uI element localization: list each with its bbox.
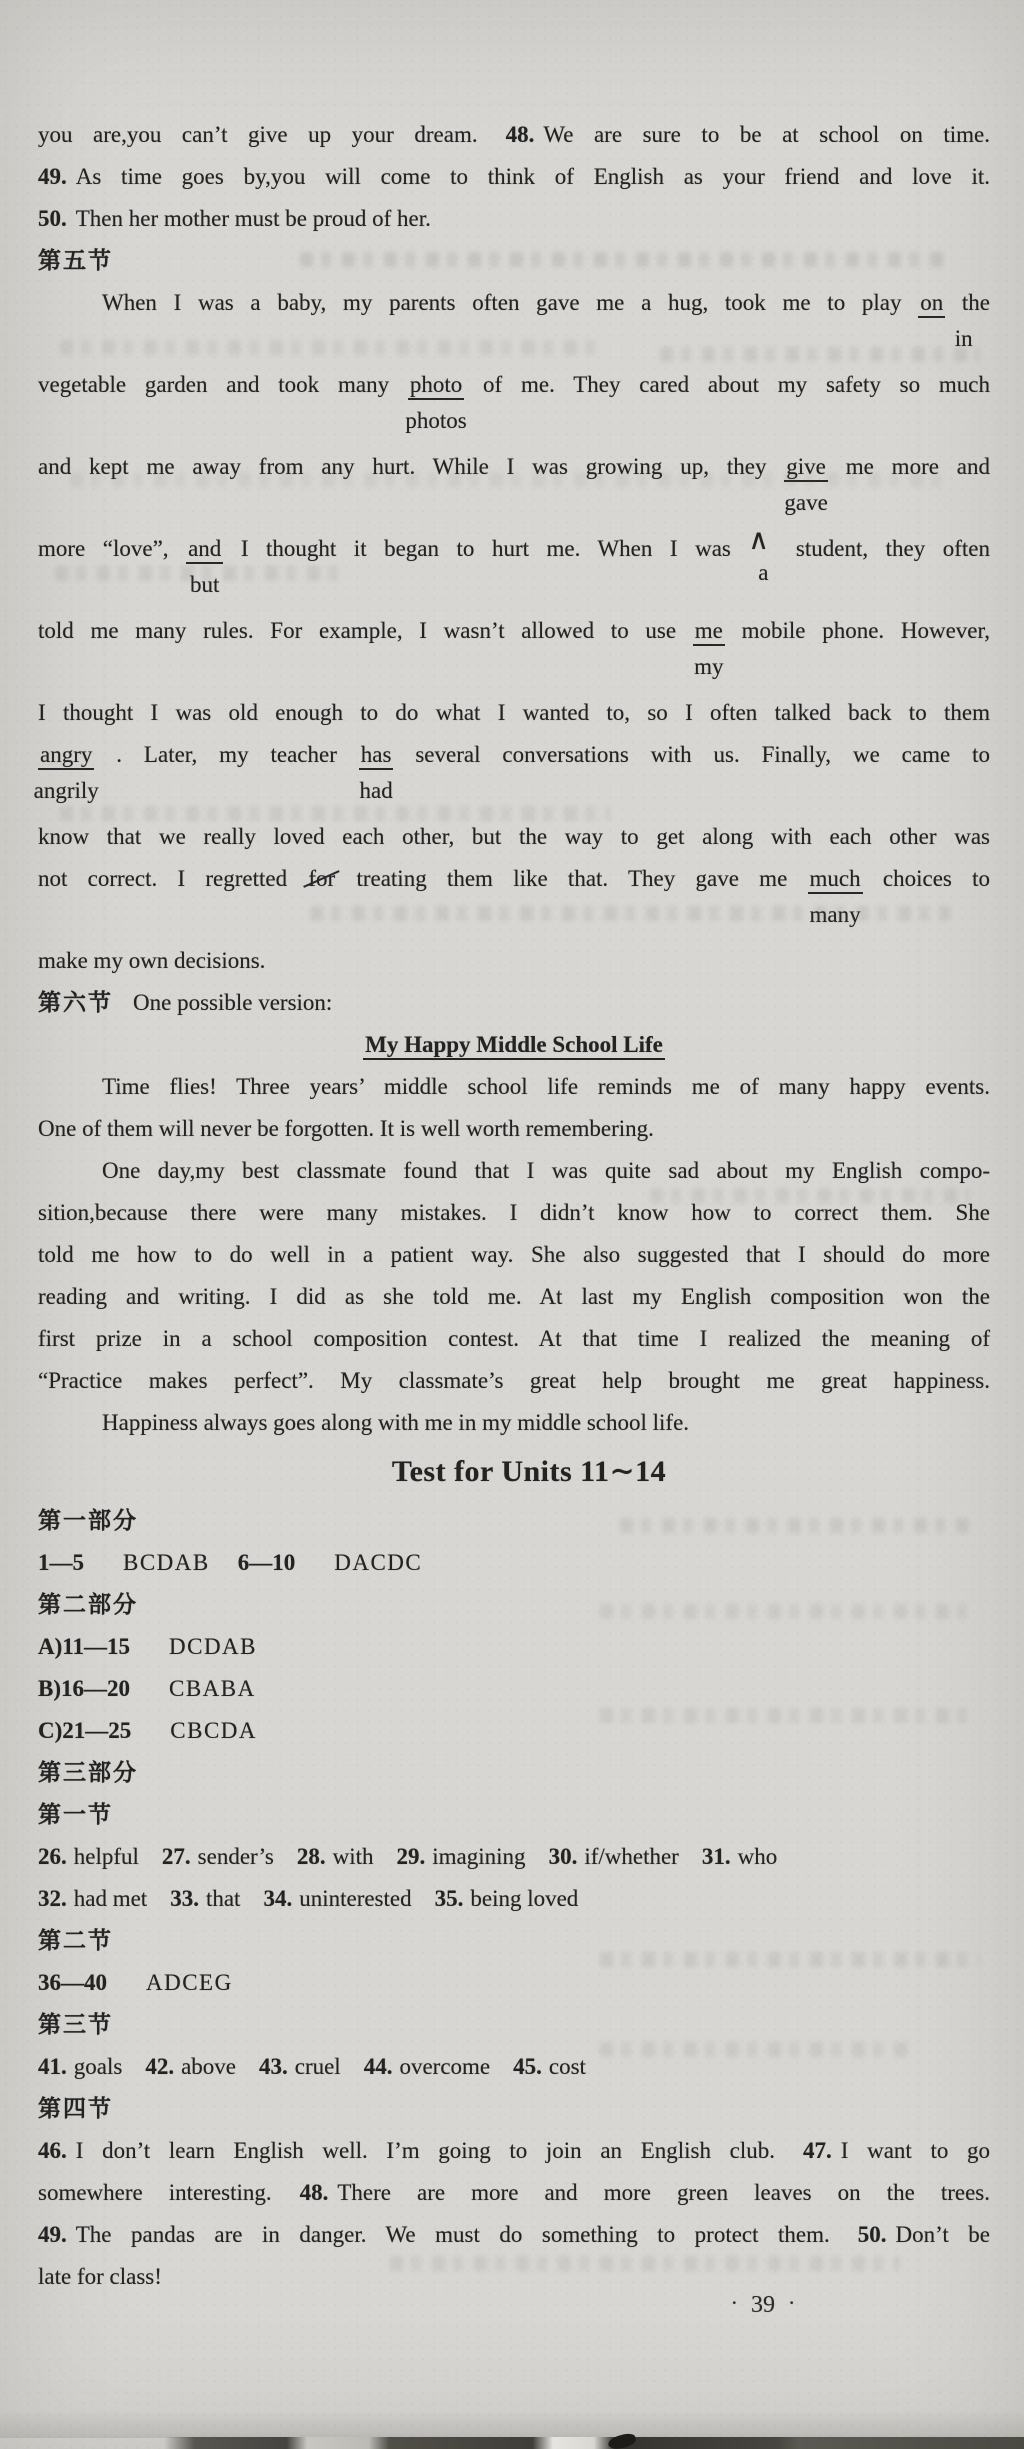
question-number: 46. xyxy=(38,2138,67,2163)
deleted-word: for xyxy=(307,866,336,891)
scanned-answer-page: you are,you can’t give up your dream.48.… xyxy=(0,0,1024,2449)
page-number-dot: · xyxy=(731,2290,738,2315)
passage-text: make my own decisions. xyxy=(38,948,265,973)
passage-text: I thought I was old enough to do what I … xyxy=(38,700,990,725)
answer-text: There are more and more green leaves on … xyxy=(337,2180,990,2205)
answer-text: sender’s xyxy=(198,1844,274,1869)
part-heading: 第三部分 xyxy=(38,1752,990,1794)
bleed-through-smudge xyxy=(620,1518,970,1533)
answer-letters: CBABA xyxy=(169,1676,256,1701)
page-bottom-edge xyxy=(0,2437,1024,2449)
passage-text: vegetable garden and took many xyxy=(38,372,408,397)
answer-row: 26.helpful27.sender’s28.with29.imagining… xyxy=(38,1836,990,1878)
answer-row: A)11—15DCDAB xyxy=(38,1626,990,1668)
continued-answer-line: 49.As time goes by,you will come to thin… xyxy=(38,156,990,198)
answer-text: helpful xyxy=(74,1844,139,1869)
question-number: 43. xyxy=(259,2054,288,2079)
page-number-dot: · xyxy=(788,2290,795,2315)
essay-line: Time flies! Three years’ middle school l… xyxy=(38,1066,990,1108)
answer-text: The pandas are in danger. We must do som… xyxy=(76,2222,830,2247)
answer-text: if/whether xyxy=(584,1844,679,1869)
question-range: C)21—25 xyxy=(38,1718,131,1743)
question-number: 49. xyxy=(38,2222,67,2247)
answer-item: 35.being loved xyxy=(435,1886,579,1911)
insertion-mark: ∧a xyxy=(748,528,778,570)
answer-item: 43.cruel xyxy=(259,2054,341,2079)
section-heading: 第四节 xyxy=(38,2088,990,2130)
bleed-through-smudge xyxy=(70,472,950,487)
correction-word: had xyxy=(359,779,392,802)
page-number-value: 39 xyxy=(751,2292,775,2318)
answer-item: 28.with xyxy=(297,1844,374,1869)
question-number: 41. xyxy=(38,2054,67,2079)
answer-text: goals xyxy=(74,2054,123,2079)
answer-item: 30.if/whether xyxy=(549,1844,679,1869)
answer-row: 32.had met33.that34.uninterested35.being… xyxy=(38,1878,990,1920)
answer-text: Then her mother must be proud of her. xyxy=(76,206,431,231)
essay-line: One day,my best classmate found that I w… xyxy=(38,1150,990,1192)
answer-text: somewhere interesting. xyxy=(38,2180,272,2205)
essay-text: One day,my best classmate found that I w… xyxy=(102,1158,990,1183)
answer-letters: DACDC xyxy=(334,1550,422,1575)
correction-line: When I was a baby, my parents often gave… xyxy=(38,282,990,324)
section-heading: 第六节 xyxy=(38,990,113,1015)
answer-text: you are,you can’t give up your dream. xyxy=(38,122,478,147)
question-number: 47. xyxy=(803,2138,832,2163)
section-note: One possible version: xyxy=(133,990,332,1015)
question-range: 6—10 xyxy=(238,1550,296,1575)
correction-word: gave xyxy=(784,491,827,514)
answer-letters: CBCDA xyxy=(170,1718,257,1743)
correction: muchmany xyxy=(808,866,863,891)
question-number: 34. xyxy=(263,1886,292,1911)
page-number: ·39· xyxy=(688,2292,838,2319)
bleed-through-smudge xyxy=(650,1188,970,1203)
correction-line: told me many rules. For example, I wasn’… xyxy=(38,610,990,652)
answer-text: Don’t be xyxy=(896,2222,990,2247)
answer-item: 29.imagining xyxy=(397,1844,526,1869)
bleed-through-smudge xyxy=(60,340,600,355)
answer-sentence-line: 46.I don’t learn English well. I’m going… xyxy=(38,2130,990,2172)
bleed-through-smudge xyxy=(55,566,345,581)
page-bottom-shadow xyxy=(0,2410,1024,2438)
answer-row: 36—40ADCEG xyxy=(38,1962,990,2004)
question-number: 42. xyxy=(145,2054,174,2079)
answer-text: As time goes by,you will come to think o… xyxy=(76,164,990,189)
question-number: 32. xyxy=(38,1886,67,1911)
answer-item: 27.sender’s xyxy=(162,1844,274,1869)
question-number: 30. xyxy=(549,1844,578,1869)
passage-text: choices to xyxy=(863,866,990,891)
question-number: 28. xyxy=(297,1844,326,1869)
answer-row: B)16—20CBABA xyxy=(38,1668,990,1710)
answer-text: overcome xyxy=(399,2054,490,2079)
essay-text: Time flies! Three years’ middle school l… xyxy=(102,1074,990,1099)
passage-text: treating them like that. They gave me xyxy=(336,866,807,891)
answer-sentence-line: 49.The pandas are in danger. We must do … xyxy=(38,2214,990,2256)
essay-title-row: My Happy Middle School Life xyxy=(38,1024,990,1066)
essay-text: “Practice makes perfect”. My classmate’s… xyxy=(38,1368,990,1393)
continued-answer-line: you are,you can’t give up your dream.48.… xyxy=(38,114,990,156)
essay-text: reading and writing. I did as she told m… xyxy=(38,1284,990,1309)
answer-text: late for class! xyxy=(38,2264,162,2289)
wrong-word: and xyxy=(186,536,223,564)
answer-text: who xyxy=(738,1844,778,1869)
wrong-word: has xyxy=(359,742,394,770)
answer-text: cruel xyxy=(295,2054,341,2079)
bleed-through-smudge xyxy=(600,1708,970,1723)
wrong-word: much xyxy=(808,866,863,894)
answer-item: 31.who xyxy=(702,1844,777,1869)
passage-text: When I was a baby, my parents often gave… xyxy=(102,290,918,315)
answer-letters: DCDAB xyxy=(169,1634,257,1659)
question-number: 50. xyxy=(858,2222,887,2247)
question-number: 29. xyxy=(397,1844,426,1869)
passage-text: . Later, my teacher xyxy=(94,742,358,767)
bleed-through-smudge xyxy=(600,2042,910,2057)
passage-text: mobile phone. However, xyxy=(725,618,990,643)
essay-text: first prize in a school composition cont… xyxy=(38,1326,990,1351)
question-number: 33. xyxy=(170,1886,199,1911)
question-range: B)16—20 xyxy=(38,1676,130,1701)
correction: andbut xyxy=(186,536,223,561)
essay-line: first prize in a school composition cont… xyxy=(38,1318,990,1360)
essay-text: told me how to do well in a patient way.… xyxy=(38,1242,990,1267)
answer-item: 34.uninterested xyxy=(263,1886,411,1911)
passage-text: more “love”, xyxy=(38,536,186,561)
bleed-through-smudge xyxy=(300,252,950,267)
test-title: Test for Units 11∼14 xyxy=(38,1451,990,1493)
essay-line: told me how to do well in a patient way.… xyxy=(38,1234,990,1276)
passage-text: of me. They cared about my safety so muc… xyxy=(464,372,990,397)
correction: memy xyxy=(693,618,725,643)
correction-word: my xyxy=(694,655,723,678)
section-heading-row: 第六节One possible version: xyxy=(38,982,990,1024)
essay-line: One of them will never be forgotten. It … xyxy=(38,1108,990,1150)
passage-line: make my own decisions. xyxy=(38,940,990,982)
passage-text: student, they often xyxy=(778,536,990,561)
correction: angryangrily xyxy=(38,742,94,767)
question-number: 49. xyxy=(38,164,67,189)
answer-text: had met xyxy=(74,1886,147,1911)
bleed-through-smudge xyxy=(60,806,610,821)
question-number: 44. xyxy=(364,2054,393,2079)
essay-line: Happiness always goes along with me in m… xyxy=(38,1402,990,1444)
answer-text: above xyxy=(181,2054,236,2079)
question-range: A)11—15 xyxy=(38,1634,130,1659)
wrong-word: me xyxy=(693,618,725,646)
answer-item: 41.goals xyxy=(38,2054,122,2079)
passage-text: the xyxy=(945,290,990,315)
answer-sentence-line: somewhere interesting.48.There are more … xyxy=(38,2172,990,2214)
answer-row: 1—5BCDAB6—10DACDC xyxy=(38,1542,990,1584)
insertion-caret-icon: ∧ xyxy=(748,525,769,556)
essay-line: “Practice makes perfect”. My classmate’s… xyxy=(38,1360,990,1402)
correction: photophotos xyxy=(408,372,464,397)
essay-text: sition,because there were many mistakes.… xyxy=(38,1200,990,1225)
wrong-word: photo xyxy=(408,372,464,400)
answer-item: 45.cost xyxy=(513,2054,586,2079)
section-heading: 第三节 xyxy=(38,2004,990,2046)
correction-word: angrily xyxy=(34,779,99,802)
answer-text: I don’t learn English well. I’m going to… xyxy=(76,2138,775,2163)
bleed-through-smudge xyxy=(660,347,980,362)
passage-line: I thought I was old enough to do what I … xyxy=(38,692,990,734)
question-number: 31. xyxy=(702,1844,731,1869)
answer-text: being loved xyxy=(470,1886,578,1911)
inserted-word: a xyxy=(758,561,768,584)
question-number: 35. xyxy=(435,1886,464,1911)
passage-text: not correct. I regretted xyxy=(38,866,307,891)
correction: onin xyxy=(918,290,945,315)
question-range: 36—40 xyxy=(38,1970,107,1995)
passage-text: several conversations with us. Finally, … xyxy=(393,742,990,767)
correction-line: not correct. I regretted for treating th… xyxy=(38,858,990,900)
correction-line: more “love”, andbut I thought it began t… xyxy=(38,528,990,570)
passage-text: told me many rules. For example, I wasn’… xyxy=(38,618,693,643)
wrong-word: angry xyxy=(38,742,94,770)
section-heading: 第一节 xyxy=(38,1794,990,1836)
answer-item: 33.that xyxy=(170,1886,240,1911)
correction: hashad xyxy=(359,742,394,767)
answer-item: 26.helpful xyxy=(38,1844,139,1869)
question-range: 1—5 xyxy=(38,1550,84,1575)
passage-line: know that we really loved each other, bu… xyxy=(38,816,990,858)
question-number: 48. xyxy=(300,2180,329,2205)
question-number: 50. xyxy=(38,206,67,231)
answer-text: We are sure to be at school on time. xyxy=(543,122,990,147)
bleed-through-smudge xyxy=(390,2256,900,2271)
answer-item: 44.overcome xyxy=(364,2054,490,2079)
answer-text: that xyxy=(206,1886,241,1911)
correction-line: angryangrily . Later, my teacher hashad … xyxy=(38,734,990,776)
question-number: 48. xyxy=(506,122,535,147)
question-number: 27. xyxy=(162,1844,191,1869)
correction-word: photos xyxy=(405,409,466,432)
answer-item: 32.had met xyxy=(38,1886,147,1911)
bleed-through-smudge xyxy=(600,1952,980,1967)
answer-text: I want to go xyxy=(841,2138,990,2163)
passage-text: I thought it began to hurt me. When I wa… xyxy=(223,536,748,561)
question-number: 45. xyxy=(513,2054,542,2079)
bleed-through-smudge xyxy=(310,906,950,921)
essay-title: My Happy Middle School Life xyxy=(363,1032,665,1060)
bleed-through-smudge xyxy=(600,1604,970,1619)
passage-text: know that we really loved each other, bu… xyxy=(38,824,990,849)
question-number: 26. xyxy=(38,1844,67,1869)
essay-text: One of them will never be forgotten. It … xyxy=(38,1116,654,1141)
continued-answer-line: 50.Then her mother must be proud of her. xyxy=(38,198,990,240)
answer-letters: BCDAB xyxy=(123,1550,210,1575)
essay-line: reading and writing. I did as she told m… xyxy=(38,1276,990,1318)
essay-text: Happiness always goes along with me in m… xyxy=(102,1410,689,1435)
answer-letters: ADCEG xyxy=(146,1970,233,1995)
wrong-word: on xyxy=(918,290,945,318)
answer-text: cost xyxy=(549,2054,586,2079)
answer-text: with xyxy=(333,1844,374,1869)
answer-text: imagining xyxy=(432,1844,525,1869)
answer-item: 42.above xyxy=(145,2054,236,2079)
answer-text: uninterested xyxy=(299,1886,411,1911)
correction-line: vegetable garden and took many photophot… xyxy=(38,364,990,406)
